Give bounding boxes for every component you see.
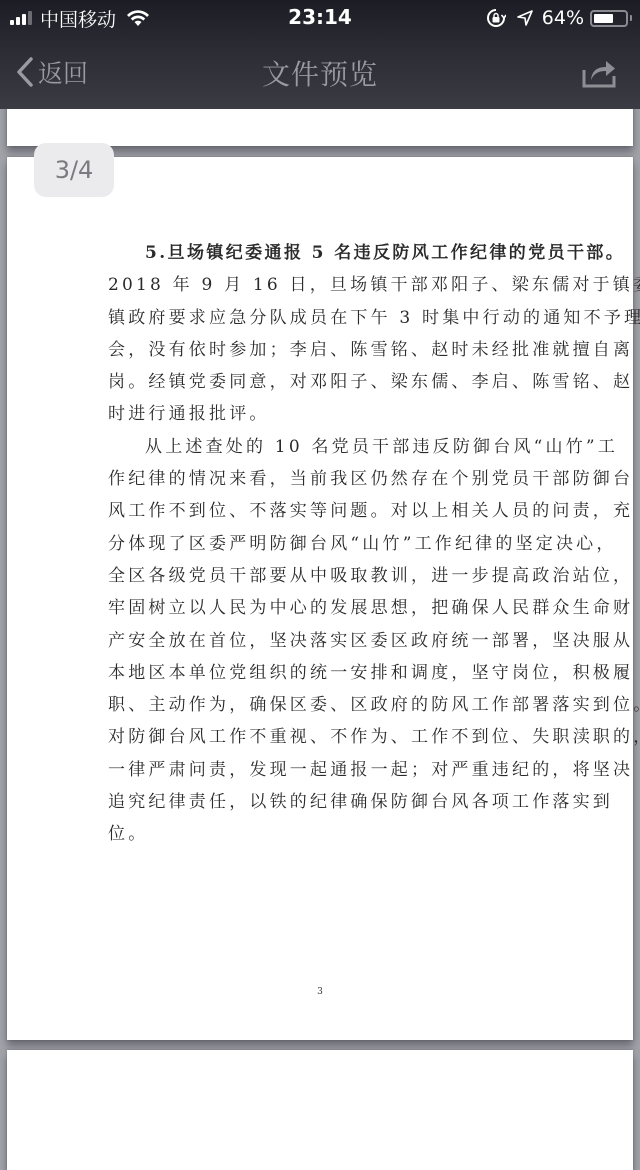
doc-line: 全区各级党员干部要从中吸取教训，进一步提高政治站位， bbox=[108, 560, 548, 592]
doc-line: 牢固树立以人民为中心的发展思想，把确保人民群众生命财 bbox=[108, 592, 548, 624]
doc-line: 分体现了区委严明防御台风“山竹”工作纪律的坚定决心， bbox=[108, 528, 548, 560]
page-title: 文件预览 bbox=[0, 53, 640, 93]
doc-line: 本地区本单位党组织的统一安排和调度，坚守岗位，积极履 bbox=[108, 657, 548, 689]
doc-line: 风工作不到位、不落实等问题。对以上相关人员的问责，充 bbox=[108, 495, 548, 527]
battery-percent: 64% bbox=[542, 7, 584, 29]
page-indicator-badge: 3/4 bbox=[34, 143, 114, 197]
doc-line: 一律严肃问责，发现一起通报一起；对严重违纪的，将坚决 bbox=[108, 754, 548, 786]
doc-line: 产安全放在首位，坚决落实区委区政府统一部署，坚决服从 bbox=[108, 625, 548, 657]
app-header: 中国移动 23:14 64% 返回 文件预览 bbox=[0, 0, 640, 109]
doc-line: 2018 年 9 月 16 日，旦场镇干部邓阳子、梁东儒对于镇委、 bbox=[108, 269, 548, 301]
doc-line: 从上述查处的 10 名党员干部违反防御台风“山竹”工 bbox=[108, 431, 548, 463]
doc-line: 位。 bbox=[108, 818, 548, 850]
doc-line: 岗。经镇党委同意，对邓阳子、梁东儒、李启、陈雪铭、赵 bbox=[108, 366, 548, 398]
status-right: 64% bbox=[486, 6, 632, 30]
page-number-footer: 3 bbox=[7, 987, 633, 997]
doc-line: 对防御台风工作不重视、不作为、工作不到位、失职渎职的， bbox=[108, 721, 548, 753]
share-button[interactable] bbox=[582, 56, 616, 92]
doc-line: 职、主动作为，确保区委、区政府的防风工作部署落实到位。 bbox=[108, 689, 548, 721]
next-page bbox=[7, 1050, 633, 1138]
rotation-lock-icon bbox=[486, 8, 506, 28]
doc-line: 会，没有依时参加；李启、陈雪铭、赵时未经批准就擅自离 bbox=[108, 334, 548, 366]
battery-tip bbox=[630, 15, 632, 21]
location-icon bbox=[516, 9, 534, 27]
share-icon bbox=[582, 56, 616, 88]
document-body: 5.旦场镇纪委通报 5 名违反防风工作纪律的党员干部。 2018 年 9 月 1… bbox=[108, 237, 548, 851]
doc-line: 镇政府要求应急分队成员在下午 3 时集中行动的通知不予理 bbox=[108, 302, 548, 334]
doc-line: 作纪律的情况来看，当前我区仍然存在个别党员干部防御台 bbox=[108, 463, 548, 495]
battery-icon bbox=[590, 10, 628, 27]
doc-line: 时进行通报批评。 bbox=[108, 398, 548, 430]
section-heading: 5.旦场镇纪委通报 5 名违反防风工作纪律的党员干部。 bbox=[108, 237, 548, 269]
doc-line: 追究纪律责任，以铁的纪律确保防御台风各项工作落实到 bbox=[108, 786, 548, 818]
